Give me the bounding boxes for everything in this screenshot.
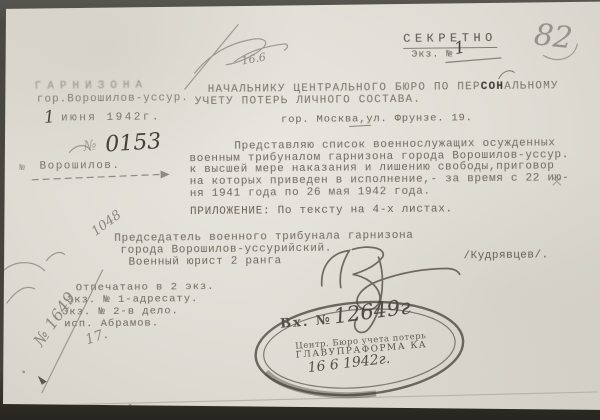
sender-city-line: гор.Ворошилов-уссур.	[37, 92, 189, 106]
scanned-document: СЕКРЕТНО Экз. № 1 82 16.6 ГАРНИЗОНА гор.…	[0, 0, 600, 420]
pencil-strokes-left	[1, 145, 104, 393]
paper-sheet: СЕКРЕТНО Экз. № 1 82 16.6 ГАРНИЗОНА гор.…	[0, 0, 600, 420]
signature-title-line2: города Ворошилов-уссурийский.	[120, 243, 332, 257]
recipient-line1-post: АЛЬНОМУ	[504, 80, 559, 93]
body-line: ня 1941 года по 26 мая 1942 года.	[190, 186, 431, 201]
sender-garrison-line: ГАРНИЗОНА	[35, 80, 149, 93]
archive-page-number: 82	[532, 17, 574, 56]
recipient-line1-stamped-overtype: СОН	[481, 81, 505, 93]
recipient-line2: УЧЕТУ ПОТЕРЬ ЛИЧНОГО СОСТАВА.	[195, 94, 421, 108]
sender-place-line: Ворошилов.	[39, 160, 120, 173]
doc-number-sign: №	[82, 137, 97, 154]
copies-line4: исп. Абрамов.	[64, 317, 159, 330]
signature-name: /Кудрявцев/.	[463, 249, 548, 262]
pencil-date-note: 16.6	[241, 51, 267, 68]
left-margin-mark: №	[19, 163, 26, 173]
attachment-line: ПРИЛОЖЕНИЕ: По тексту на 4-х листах.	[190, 203, 453, 218]
copy-number-label: Экз. №	[411, 49, 453, 60]
recipient-address: гор. Москва,ул. Фрунзе. 19.	[281, 112, 473, 126]
signature-rank-line: Военный юрист 2 ранга	[128, 255, 281, 269]
sender-date-day: 1	[43, 107, 55, 128]
copies-line3: Экз. № 2-в дело.	[62, 305, 179, 318]
doc-number-value: 0153	[105, 129, 162, 157]
sender-date-line: июня 1942г.	[61, 111, 161, 124]
incoming-stamp: Вх. № 12649г Центр. Бюро учета потерь ГЛ…	[247, 290, 476, 409]
document-content: СЕКРЕТНО Экз. № 1 82 16.6 ГАРНИЗОНА гор.…	[0, 0, 600, 420]
classification-label: СЕКРЕТНО	[403, 31, 497, 49]
